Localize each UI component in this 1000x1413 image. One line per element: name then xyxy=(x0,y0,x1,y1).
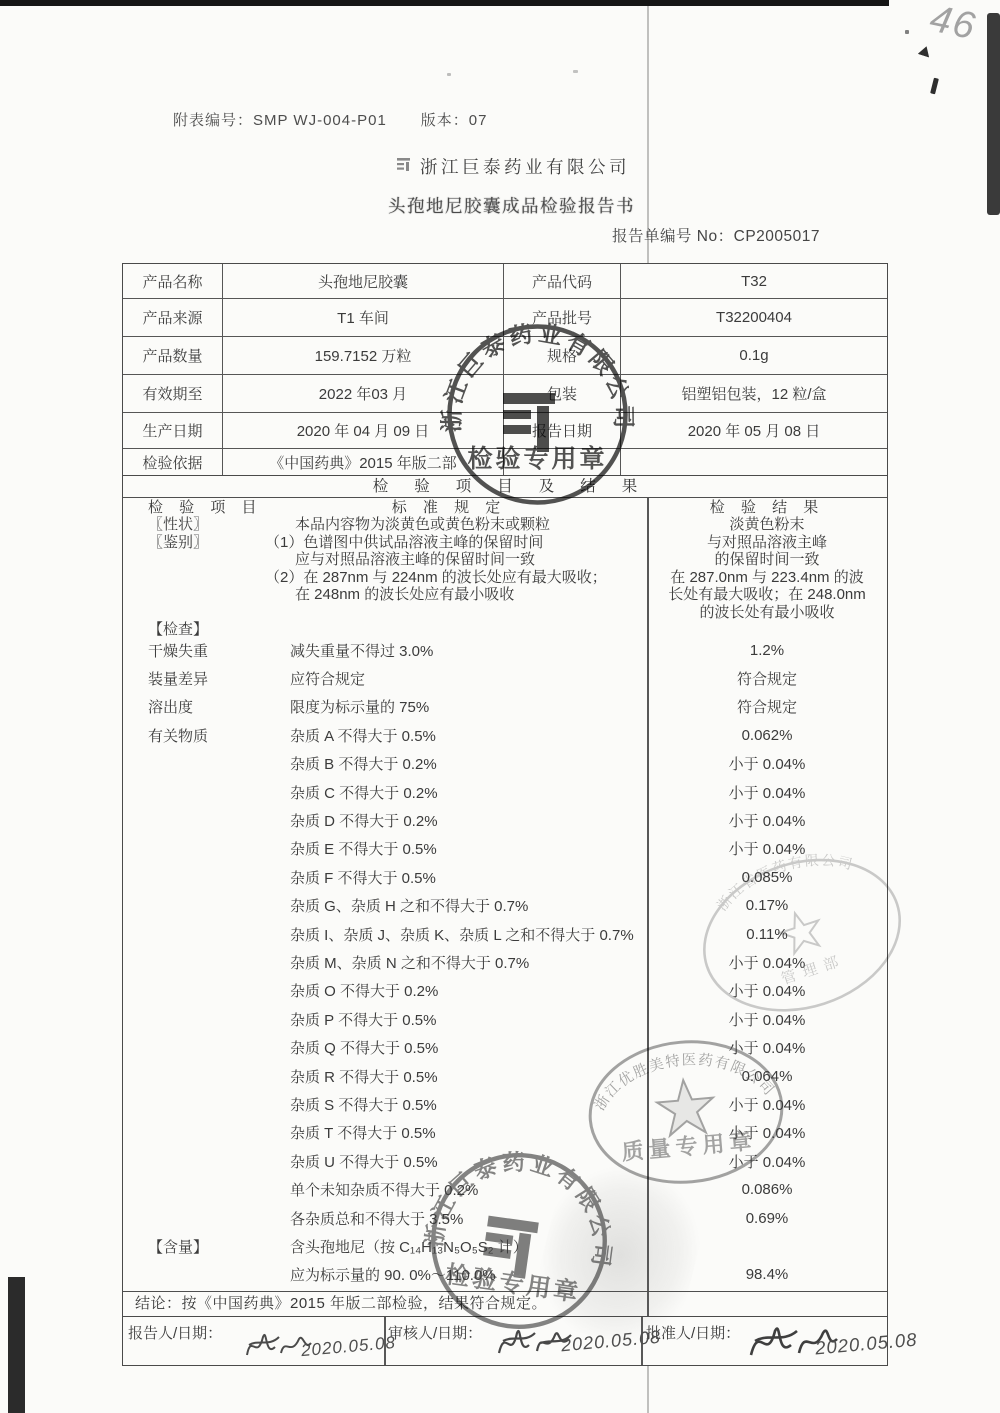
scanned-inspection-report-page: 46 附表编号：SMP WJ-004-P01版本：07 浙江巨泰药业有限公司 头… xyxy=(0,0,1000,1413)
standard-text: 杂质 D 不得大于 0.2% xyxy=(251,810,647,831)
info-label: 产品名称 xyxy=(123,264,223,299)
version-label: 版本： xyxy=(421,112,469,129)
info-label: 产品代码 xyxy=(504,264,621,299)
result-value: 小于 0.04% xyxy=(647,810,887,831)
ink-speck xyxy=(930,78,939,95)
result-value: 小于 0.04% xyxy=(647,1122,887,1143)
info-label: 产品数量 xyxy=(123,337,223,375)
test-results-table: 检 验 项 目标 准 规 定检 验 结 果〖性状〗本品内容物为淡黄色或黄色粉末或… xyxy=(122,498,888,1291)
info-value: T32200404 xyxy=(621,299,887,337)
standard-text: 杂质 U 不得大于 0.5% xyxy=(251,1151,647,1172)
result-row: 杂质 O 不得大于 0.2%小于 0.04% xyxy=(123,977,887,1005)
report-number-value: CP2005017 xyxy=(734,228,820,245)
result-row: 应为标示量的 90. 0%～110.0%98.4% xyxy=(123,1261,887,1289)
result-value: 0.064% xyxy=(647,1068,887,1085)
result-value: 0.69% xyxy=(647,1210,887,1227)
standard-text: 杂质 M、杂质 N 之和不得大于 0.7% xyxy=(251,952,647,973)
result-row: 杂质 U 不得大于 0.5%小于 0.04% xyxy=(123,1147,887,1175)
result-row: 干燥失重减失重量不得过 3.0%1.2% xyxy=(123,636,887,664)
handwritten-page-number: 46 xyxy=(926,0,980,49)
standard-text: 杂质 I、杂质 J、杂质 K、杂质 L 之和不得大于 0.7% xyxy=(251,924,647,945)
result-row: 杂质 F 不得大于 0.5%0.085% xyxy=(123,863,887,891)
result-row: 有关物质杂质 A 不得大于 0.5%0.062% xyxy=(123,721,887,749)
standard-text: 杂质 A 不得大于 0.5% xyxy=(251,725,647,746)
form-number-line: 附表编号：SMP WJ-004-P01版本：07 xyxy=(173,109,487,130)
result-value: 小于 0.04% xyxy=(647,838,887,859)
result-value: 符合规定 xyxy=(647,668,887,689)
reporter-date-handwritten: 2020.05.08 xyxy=(300,1333,396,1361)
info-value: 头孢地尼胶囊 xyxy=(223,264,504,299)
result-value: 0.062% xyxy=(647,727,887,744)
result-value: 小于 0.04% xyxy=(647,980,887,1001)
seal-logo-icon xyxy=(503,393,555,452)
paper-fold-line xyxy=(647,1366,649,1413)
result-value: 0.11% xyxy=(647,926,887,943)
info-label: 产品来源 xyxy=(123,299,223,337)
result-value: 小于 0.04% xyxy=(647,753,887,774)
info-label: 有效期至 xyxy=(123,375,223,413)
result-row: 杂质 M、杂质 N 之和不得大于 0.7%小于 0.04% xyxy=(123,948,887,976)
result-value: 小于 0.04% xyxy=(647,782,887,803)
seal-caption: 检验专用章 xyxy=(467,444,607,473)
result-row: 杂质 I、杂质 J、杂质 K、杂质 L 之和不得大于 0.7%0.11% xyxy=(123,920,887,948)
ink-speck xyxy=(905,30,909,34)
scan-artifact-left-edge xyxy=(8,1277,25,1413)
standard-text: 杂质 C 不得大于 0.2% xyxy=(251,782,647,803)
info-label: 生产日期 xyxy=(123,413,223,449)
result-value: 1.2% xyxy=(647,642,887,659)
ink-speck xyxy=(573,70,578,73)
result-row: 杂质 B 不得大于 0.2%小于 0.04% xyxy=(123,750,887,778)
standard-text: 应符合规定 xyxy=(251,668,647,689)
result-row: 单个未知杂质不得大于 0.2%0.086% xyxy=(123,1175,887,1203)
reporter-label: 报告人/日期： xyxy=(128,1322,222,1343)
test-item-label: 溶出度 xyxy=(123,696,251,717)
result-row: 杂质 R 不得大于 0.5%0.064% xyxy=(123,1062,887,1090)
result-value: 0.17% xyxy=(647,897,887,914)
standard-text: 杂质 T 不得大于 0.5% xyxy=(251,1122,647,1143)
result-row: 杂质 P 不得大于 0.5%小于 0.04% xyxy=(123,1005,887,1033)
ink-speck xyxy=(918,44,933,57)
report-number-line: 报告单编号 No：CP2005017 xyxy=(612,224,820,246)
result-row: 杂质 S 不得大于 0.5%小于 0.04% xyxy=(123,1090,887,1118)
result-value: 的波长处有最小吸收 xyxy=(647,601,887,622)
result-row: 杂质 G、杂质 H 之和不得大于 0.7%0.17% xyxy=(123,892,887,920)
report-number-label: 报告单编号 No： xyxy=(612,228,734,245)
standard-text: 杂质 P 不得大于 0.5% xyxy=(251,1009,647,1030)
test-item-label: 有关物质 xyxy=(123,725,251,746)
test-item-label: 装量差异 xyxy=(123,668,251,689)
standard-text: 各杂质总和不得大于 3.5% xyxy=(251,1208,647,1229)
result-row: 杂质 C 不得大于 0.2%小于 0.04% xyxy=(123,778,887,806)
info-value: T32 xyxy=(621,264,887,299)
company-name: 浙江巨泰药业有限公司 xyxy=(420,154,630,179)
standard-text: 杂质 O 不得大于 0.2% xyxy=(251,980,647,1001)
result-row: 溶出度限度为标示量的 75%符合规定 xyxy=(123,693,887,721)
info-value: 2020 年 05 月 08 日 xyxy=(621,413,887,449)
form-number-value: SMP WJ-004-P01 xyxy=(253,112,387,129)
result-row: 杂质 E 不得大于 0.5%小于 0.04% xyxy=(123,835,887,863)
info-value: 0.1g xyxy=(621,337,887,375)
result-value: 小于 0.04% xyxy=(647,1009,887,1030)
test-item-label: 【含量】 xyxy=(123,1236,251,1257)
standard-text: 在 248nm 的波长处应有最小吸收 xyxy=(251,583,647,604)
standard-text: 应为标示量的 90. 0%～110.0% xyxy=(251,1264,647,1285)
result-row: 各杂质总和不得大于 3.5%0.69% xyxy=(123,1204,887,1232)
result-row: 装量差异应符合规定符合规定 xyxy=(123,664,887,692)
test-item-label: 〖鉴别〗 xyxy=(123,531,251,552)
standard-text: 杂质 S 不得大于 0.5% xyxy=(251,1094,647,1115)
result-row: 杂质 D 不得大于 0.2%小于 0.04% xyxy=(123,806,887,834)
standard-text: 单个未知杂质不得大于 0.2% xyxy=(251,1179,647,1200)
standard-text: 杂质 E 不得大于 0.5% xyxy=(251,838,647,859)
info-label: 检验依据 xyxy=(123,449,223,475)
standard-text: 杂质 B 不得大于 0.2% xyxy=(251,753,647,774)
result-value: 0.086% xyxy=(647,1181,887,1198)
version-value: 07 xyxy=(469,112,488,129)
result-value: 小于 0.04% xyxy=(647,1037,887,1058)
ink-speck xyxy=(447,73,451,76)
info-value: 铝塑铝包装，12 粒/盒 xyxy=(621,375,887,413)
jutai-inspection-seal: 浙江巨泰药业有限公司 检验专用章 xyxy=(440,317,635,512)
standard-text: 含头孢地尼（按 C₁₄H₁₃N₅O₅S₂ 计） xyxy=(251,1236,647,1257)
standard-text: 杂质 F 不得大于 0.5% xyxy=(251,867,647,888)
company-logo-icon xyxy=(396,156,411,177)
result-row: 杂质 T 不得大于 0.5%小于 0.04% xyxy=(123,1119,887,1147)
info-value xyxy=(621,449,887,475)
result-row: 【含量】含头孢地尼（按 C₁₄H₁₃N₅O₅S₂ 计） xyxy=(123,1232,887,1260)
report-title: 头孢地尼胶囊成品检验报告书 xyxy=(388,193,635,218)
result-value: 小于 0.04% xyxy=(647,952,887,973)
standard-text: 限度为标示量的 75% xyxy=(251,696,647,717)
result-row: 【检查】 xyxy=(123,620,887,636)
standard-text: 杂质 G、杂质 H 之和不得大于 0.7% xyxy=(251,895,647,916)
results-column-divider xyxy=(647,1292,649,1316)
result-row: 杂质 Q 不得大于 0.5%小于 0.04% xyxy=(123,1033,887,1061)
result-value: 小于 0.04% xyxy=(647,1151,887,1172)
result-value: 98.4% xyxy=(647,1266,887,1283)
standard-text: 杂质 R 不得大于 0.5% xyxy=(251,1066,647,1087)
scan-artifact-top-edge xyxy=(0,0,889,6)
result-value: 小于 0.04% xyxy=(647,1094,887,1115)
scan-artifact-right-edge xyxy=(987,13,1000,215)
standard-text: 减失重量不得过 3.0% xyxy=(251,640,647,661)
result-value: 0.085% xyxy=(647,869,887,886)
standard-text: 杂质 Q 不得大于 0.5% xyxy=(251,1037,647,1058)
result-value: 符合规定 xyxy=(647,696,887,717)
form-number-label: 附表编号： xyxy=(173,112,253,129)
company-name-line: 浙江巨泰药业有限公司 xyxy=(396,154,630,179)
test-item-label: 干燥失重 xyxy=(123,640,251,661)
